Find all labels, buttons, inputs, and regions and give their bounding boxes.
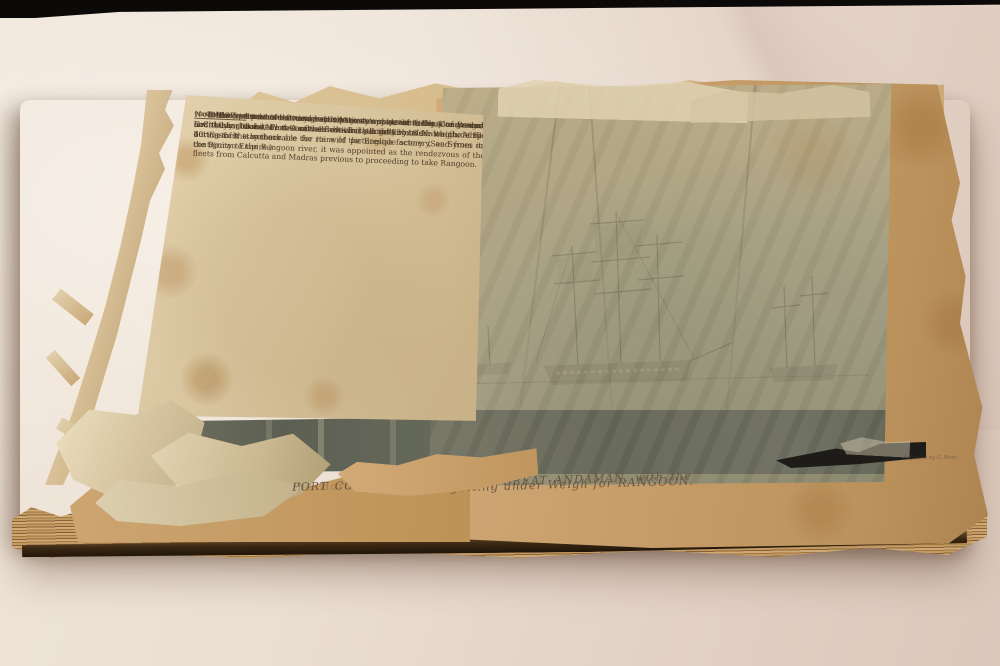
tissue-crease [715, 65, 757, 526]
photo-of-open-print-album: No. 1. VIEW OF PORT CORNWALLIS IN THE IS… [0, 0, 1000, 666]
letterpress-description-sheet: No. 1. VIEW OF PORT CORNWALLIS IN THE IS… [138, 94, 487, 428]
tissue-covered-engraving [424, 84, 896, 486]
faint-ship-engraving [424, 84, 896, 486]
engraver-credit: Engraved by G. Hunt. [903, 455, 958, 462]
tissue-crease [587, 64, 621, 525]
